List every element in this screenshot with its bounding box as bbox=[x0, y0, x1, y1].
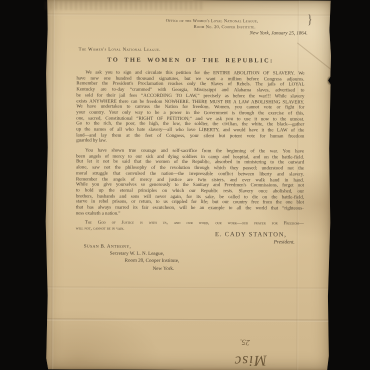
handwritten-number: 25. bbox=[239, 338, 249, 348]
secretary-city: New York. bbox=[153, 265, 180, 272]
document-photo: Office of the Women's Loyal National Lea… bbox=[0, 0, 370, 370]
office-address-block: Office of the Women's Loyal National Lea… bbox=[166, 18, 310, 30]
offset-ink-smudge bbox=[45, 1, 205, 10]
fold-crease bbox=[45, 286, 331, 289]
corner-crease bbox=[297, 42, 353, 86]
office-line-2: Room No. 20, Cooper Institute. bbox=[166, 23, 310, 29]
handwritten-annotation: Misc 25. bbox=[168, 325, 300, 370]
secretary-room: Room 20, Cooper Institute, bbox=[125, 258, 180, 265]
text-line: ness exalteth a nation.” bbox=[76, 211, 304, 218]
salutation: TO THE WOMEN OF THE REPUBLIC: bbox=[77, 57, 305, 65]
president-name: E. CADY STANTON, bbox=[215, 231, 287, 238]
handwritten-word: Misc bbox=[233, 351, 267, 369]
dateline: New York, January 25, 1864. bbox=[166, 31, 308, 37]
secretary-signature-block: Susan B. Anthony, Secretary W. L. N. Lea… bbox=[84, 244, 180, 273]
fold-crease bbox=[46, 13, 332, 16]
paragraph-2: You have shown true courage and self-sac… bbox=[76, 149, 304, 218]
league-name-line: The Women's Loyal National League. bbox=[79, 48, 161, 53]
president-signature-block: E. CADY STANTON, President. bbox=[215, 231, 287, 245]
paragraph-1: We ask you to sign and circulate this pe… bbox=[76, 71, 304, 146]
fold-crease bbox=[44, 318, 330, 321]
vertical-crease bbox=[51, 0, 55, 369]
brace-glyph: } bbox=[307, 17, 312, 23]
text-line: guarded by law. bbox=[76, 139, 304, 146]
president-title: President. bbox=[215, 239, 295, 245]
document-sheet: Office of the Women's Loyal National Lea… bbox=[44, 0, 332, 370]
edge-tear bbox=[327, 77, 332, 85]
